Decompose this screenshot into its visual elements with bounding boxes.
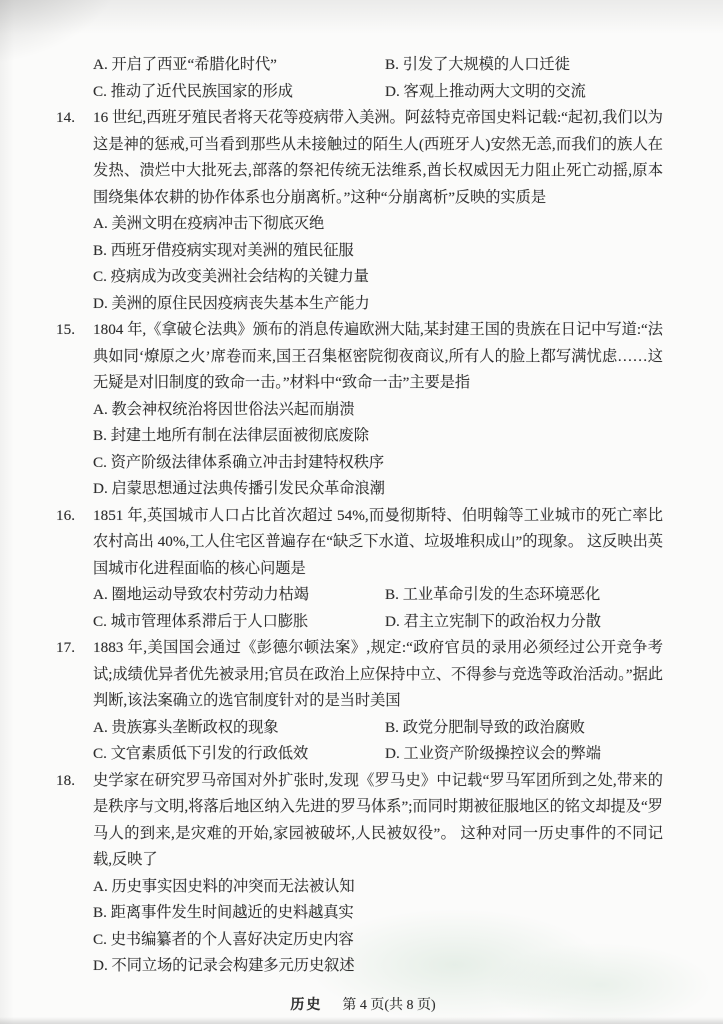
option-c: C. 资产阶级法律体系确立冲击封建特权秩序 bbox=[93, 450, 663, 477]
footer-page-info: 第 4 页(共 8 页) bbox=[342, 998, 435, 1013]
question-stem: 1883 年,美国国会通过《彭德尔顿法案》,规定:“政府官员的录用必须经过公开竞… bbox=[93, 635, 663, 715]
option-d: D. 不同立场的记录会构建多元历史叙述 bbox=[93, 953, 663, 980]
option-grid: A. 贵族寡头垄断政权的现象 B. 政党分肥制导致的政治腐败 C. 文官素质低下… bbox=[93, 715, 663, 768]
option-a: A. 教会神权统治将因世俗法兴起而崩溃 bbox=[93, 397, 663, 424]
option-d: D. 客观上推动两大文明的交流 bbox=[385, 79, 663, 106]
question-stem: 1804 年,《拿破仑法典》颁布的消息传遍欧洲大陆,某封建王国的贵族在日记中写道… bbox=[93, 317, 663, 397]
question-stem: 1851 年,英国城市人口占比首次超过 54%,而曼彻斯特、伯明翰等工业城市的死… bbox=[93, 503, 663, 583]
question-16: 16. 1851 年,英国城市人口占比首次超过 54%,而曼彻斯特、伯明翰等工业… bbox=[93, 503, 663, 636]
option-d: D. 美洲的原住民因疫病丧失基本生产能力 bbox=[93, 291, 663, 318]
question-18: 18. 史学家在研究罗马帝国对外扩张时,发现《罗马史》中记载“罗马军团所到之处,… bbox=[93, 768, 663, 980]
question-stem: 史学家在研究罗马帝国对外扩张时,发现《罗马史》中记载“罗马军团所到之处,带来的是… bbox=[93, 768, 663, 874]
question-number: 17. bbox=[56, 635, 75, 662]
option-list: A. 历史事实因史料的冲突而无法被认知 B. 距离事件发生时间越近的史料越真实 … bbox=[93, 874, 663, 980]
option-a: A. 历史事实因史料的冲突而无法被认知 bbox=[93, 874, 663, 901]
option-grid: A. 圈地运动导致农村劳动力枯竭 B. 工业革命引发的生态环境恶化 C. 城市管… bbox=[93, 582, 663, 635]
option-b: B. 引发了大规模的人口迁徙 bbox=[385, 52, 663, 79]
question-stem: 16 世纪,西班牙殖民者将天花等疫病带入美洲。阿兹特克帝国史料记载:“起初,我们… bbox=[93, 105, 663, 211]
footer-subject: 历史 bbox=[290, 998, 322, 1013]
question-15: 15. 1804 年,《拿破仑法典》颁布的消息传遍欧洲大陆,某封建王国的贵族在日… bbox=[93, 317, 663, 503]
option-c: C. 推动了近代民族国家的形成 bbox=[93, 79, 385, 106]
option-b: B. 西班牙借疫病实现对美洲的殖民征服 bbox=[93, 238, 663, 265]
option-d: D. 工业资产阶级操控议会的弊端 bbox=[385, 741, 663, 768]
option-b: B. 工业革命引发的生态环境恶化 bbox=[385, 582, 663, 609]
question-14: 14. 16 世纪,西班牙殖民者将天花等疫病带入美洲。阿兹特克帝国史料记载:“起… bbox=[93, 105, 663, 317]
question-number: 18. bbox=[56, 768, 75, 795]
question-13-options: A. 开启了西亚“希腊化时代” B. 引发了大规模的人口迁徙 C. 推动了近代民… bbox=[93, 52, 663, 105]
option-d: D. 启蒙思想通过法典传播引发民众革命浪潮 bbox=[93, 476, 663, 503]
option-b: B. 政党分肥制导致的政治腐败 bbox=[385, 715, 663, 742]
option-c: C. 疫病成为改变美洲社会结构的关键力量 bbox=[93, 264, 663, 291]
option-grid: A. 开启了西亚“希腊化时代” B. 引发了大规模的人口迁徙 C. 推动了近代民… bbox=[93, 52, 663, 105]
option-d: D. 君主立宪制下的政治权力分散 bbox=[385, 609, 663, 636]
option-c: C. 城市管理体系滞后于人口膨胀 bbox=[93, 609, 385, 636]
question-17: 17. 1883 年,美国国会通过《彭德尔顿法案》,规定:“政府官员的录用必须经… bbox=[93, 635, 663, 768]
option-a: A. 贵族寡头垄断政权的现象 bbox=[93, 715, 385, 742]
question-number: 15. bbox=[56, 317, 75, 344]
option-c: C. 史书编纂者的个人喜好决定历史内容 bbox=[93, 927, 663, 954]
option-list: A. 教会神权统治将因世俗法兴起而崩溃 B. 封建土地所有制在法律层面被彻底废除… bbox=[93, 397, 663, 503]
option-a: A. 开启了西亚“希腊化时代” bbox=[93, 52, 385, 79]
option-b: B. 距离事件发生时间越近的史料越真实 bbox=[93, 900, 663, 927]
option-a: A. 圈地运动导致农村劳动力枯竭 bbox=[93, 582, 385, 609]
exam-page: A. 开启了西亚“希腊化时代” B. 引发了大规模的人口迁徙 C. 推动了近代民… bbox=[0, 0, 723, 1024]
question-number: 14. bbox=[56, 105, 75, 132]
option-a: A. 美洲文明在疫病冲击下彻底灭绝 bbox=[93, 211, 663, 238]
option-list: A. 美洲文明在疫病冲击下彻底灭绝 B. 西班牙借疫病实现对美洲的殖民征服 C.… bbox=[93, 211, 663, 317]
question-number: 16. bbox=[56, 503, 75, 530]
page-footer: 历史第 4 页(共 8 页) bbox=[60, 994, 666, 1014]
option-c: C. 文官素质低下引发的行政低效 bbox=[93, 741, 385, 768]
option-b: B. 封建土地所有制在法律层面被彻底废除 bbox=[93, 423, 663, 450]
